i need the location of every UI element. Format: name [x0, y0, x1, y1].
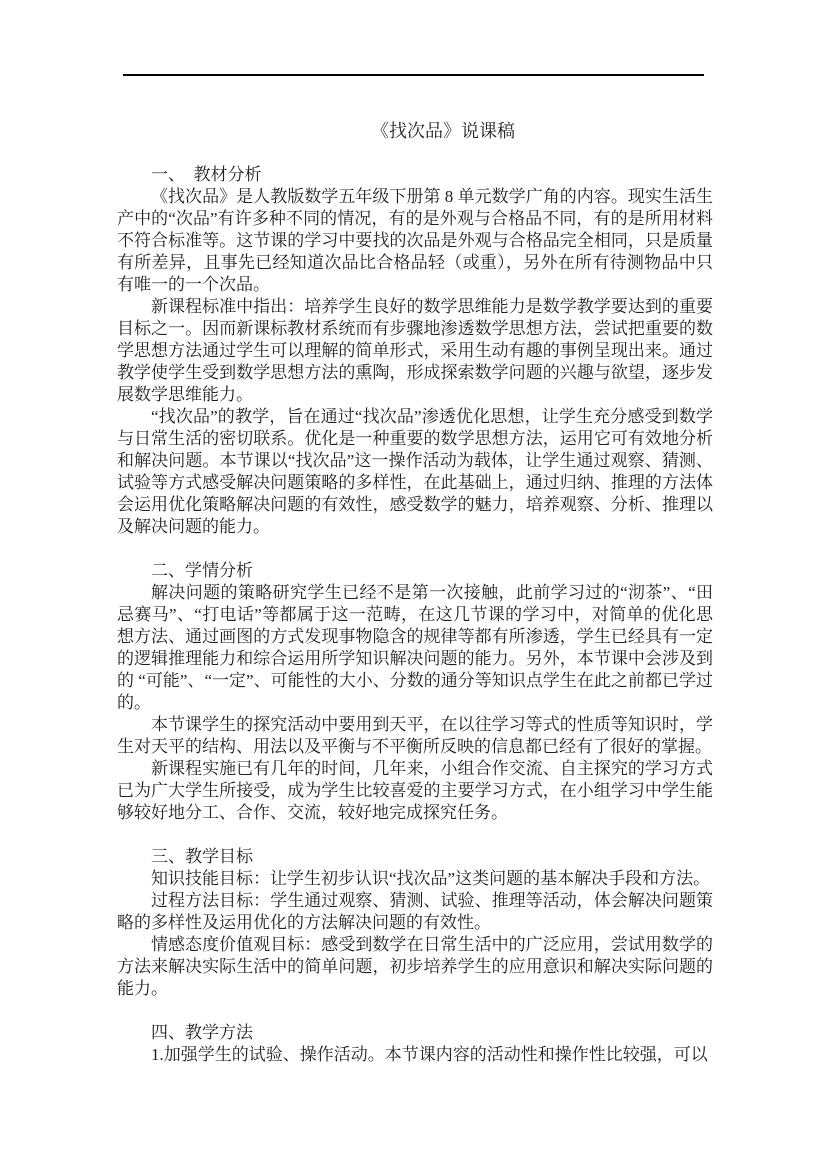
section-teaching-goals: 三、教学目标 知识技能目标：让学生初步认识“找次品”这类问题的基本解决手段和方法… — [117, 846, 713, 1000]
section-heading-3: 三、教学目标 — [117, 846, 713, 868]
document-body: 《找次品》说课稿 一、 教材分析 《找次品》是人教版数学五年级下册第 8 单元数… — [117, 120, 713, 1066]
section-heading-2: 二、学情分析 — [117, 560, 713, 582]
section-learner-analysis: 二、学情分析 解决问题的策略研究学生已经不是第一次接触，此前学习过的“沏茶”、“… — [117, 560, 713, 824]
paragraph: 知识技能目标：让学生初步认识“找次品”这类问题的基本解决手段和方法。 — [117, 868, 713, 890]
document-title: 《找次品》说课稿 — [117, 120, 713, 142]
paragraph: 《找次品》是人教版数学五年级下册第 8 单元数学广角的内容。现实生活生产中的“次… — [117, 186, 713, 296]
section-material-analysis: 一、 教材分析 《找次品》是人教版数学五年级下册第 8 单元数学广角的内容。现实… — [117, 164, 713, 538]
paragraph: 1.加强学生的试验、操作活动。本节课内容的活动性和操作性比较强，可以 — [117, 1044, 713, 1066]
header-rule — [123, 74, 704, 76]
section-heading-1: 一、 教材分析 — [117, 164, 713, 186]
section-teaching-methods: 四、教学方法 1.加强学生的试验、操作活动。本节课内容的活动性和操作性比较强，可… — [117, 1022, 713, 1066]
paragraph: “找次品”的教学，旨在通过“找次品”渗透优化思想，让学生充分感受到数学与日常生活… — [117, 406, 713, 538]
paragraph: 情感态度价值观目标：感受到数学在日常生活中的广泛应用，尝试用数学的方法来解决实际… — [117, 934, 713, 1000]
paragraph: 本节课学生的探究活动中要用到天平，在以往学习等式的性质等知识时，学生对天平的结构… — [117, 714, 713, 758]
document-page: 《找次品》说课稿 一、 教材分析 《找次品》是人教版数学五年级下册第 8 单元数… — [0, 0, 827, 1169]
paragraph: 新课程实施已有几年的时间，几年来，小组合作交流、自主探究的学习方式已为广大学生所… — [117, 758, 713, 824]
paragraph: 解决问题的策略研究学生已经不是第一次接触，此前学习过的“沏茶”、“田忌赛马”、“… — [117, 582, 713, 714]
paragraph: 新课程标准中指出：培养学生良好的数学思维能力是数学教学要达到的重要目标之一。因而… — [117, 296, 713, 406]
section-heading-4: 四、教学方法 — [117, 1022, 713, 1044]
paragraph: 过程方法目标：学生通过观察、猜测、试验、推理等活动，体会解决问题策略的多样性及运… — [117, 890, 713, 934]
